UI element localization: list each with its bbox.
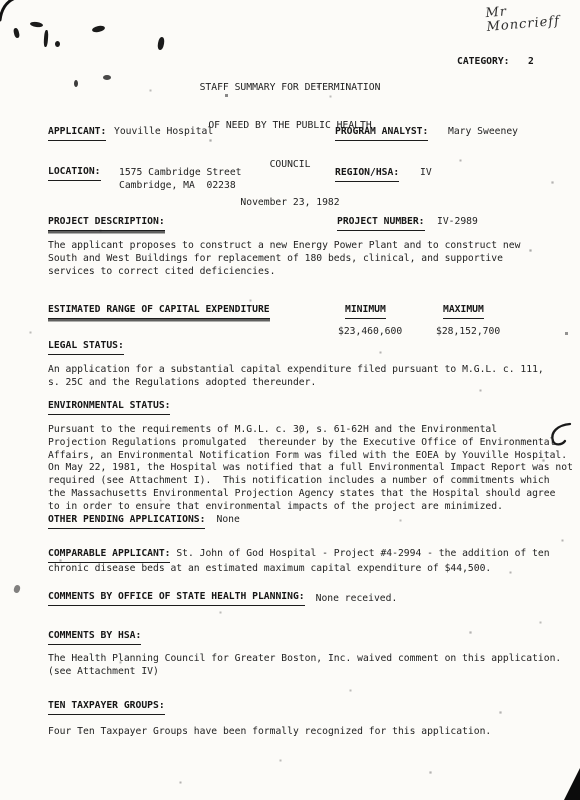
region-hsa-field: REGION/HSA: (335, 167, 399, 182)
capital-expenditure-row: ESTIMATED RANGE OF CAPITAL EXPENDITURE (48, 304, 270, 319)
other-pending-row: OTHER PENDING APPLICATIONS:None (48, 514, 240, 529)
program-analyst-label: PROGRAM ANALYST: (335, 126, 428, 141)
ink-smudge (13, 28, 20, 39)
project-description-heading: PROJECT DESCRIPTION: (48, 216, 165, 231)
ten-taxpayer-row: TEN TAXPAYER GROUPS: (48, 700, 165, 715)
ink-smudge (30, 21, 44, 28)
minimum-column: MINIMUM (345, 304, 386, 319)
applicant-value: Youville Hospital (114, 126, 213, 139)
region-hsa-value: IV (420, 167, 432, 180)
category-value: 2 (528, 56, 534, 69)
hsa-comments-heading: COMMENTS BY HSA: (48, 630, 141, 645)
maximum-column: MAXIMUM (443, 304, 484, 319)
category-label: CATEGORY: (457, 56, 510, 69)
other-pending-label: OTHER PENDING APPLICATIONS: (48, 514, 205, 529)
ten-taxpayer-body: Four Ten Taxpayer Groups have been forma… (48, 726, 579, 739)
applicant-field: APPLICANT: (48, 126, 106, 141)
program-analyst-value: Mary Sweeney (448, 126, 518, 139)
legal-status-body: An application for a substantial capital… (48, 364, 579, 390)
applicant-label: APPLICANT: (48, 126, 106, 141)
ink-smudge (92, 25, 106, 34)
ten-taxpayer-heading: TEN TAXPAYER GROUPS: (48, 700, 165, 715)
location-label: LOCATION: (48, 166, 101, 181)
maximum-value: $28,152,700 (436, 326, 500, 339)
legal-status-heading: LEGAL STATUS: (48, 340, 124, 355)
handwritten-note: Mr Moncrieff (485, 0, 580, 35)
capital-expenditure-heading: ESTIMATED RANGE OF CAPITAL EXPENDITURE (48, 304, 270, 319)
oshp-comments-label: COMMENTS BY OFFICE OF STATE HEALTH PLANN… (48, 591, 305, 606)
hsa-comments-row: COMMENTS BY HSA: (48, 630, 141, 645)
project-number-label: PROJECT NUMBER: (337, 216, 425, 231)
project-number-value: IV-2989 (437, 216, 478, 229)
ink-smudge (13, 584, 21, 593)
minimum-column-header: MINIMUM (345, 304, 386, 319)
ink-smudge (157, 37, 165, 51)
page-corner-mark (0, 0, 38, 22)
environmental-status-heading: ENVIRONMENTAL STATUS: (48, 400, 170, 415)
legal-status-row: LEGAL STATUS: (48, 340, 124, 355)
project-description-heading-row: PROJECT DESCRIPTION: (48, 216, 165, 231)
title-line: STAFF SUMMARY FOR DETERMINATION (178, 81, 402, 94)
project-number-field: PROJECT NUMBER: (337, 216, 425, 231)
hsa-comments-body: The Health Planning Council for Greater … (48, 653, 579, 679)
document-title: STAFF SUMMARY FOR DETERMINATION OF NEED … (178, 55, 402, 235)
other-pending-value: None (216, 514, 239, 525)
comparable-applicant-row: COMPARABLE APPLICANT: St. John of God Ho… (48, 548, 579, 576)
ink-smudge (74, 80, 78, 87)
project-description-body: The applicant proposes to construct a ne… (48, 240, 579, 278)
location-field: LOCATION: (48, 166, 101, 181)
program-analyst-field: PROGRAM ANALYST: (335, 126, 428, 141)
ink-smudge (103, 75, 111, 80)
page-corner-fold (564, 768, 580, 800)
location-address: 1575 Cambridge Street Cambridge, MA 0223… (119, 166, 241, 192)
maximum-column-header: MAXIMUM (443, 304, 484, 319)
environmental-status-row: ENVIRONMENTAL STATUS: (48, 400, 170, 415)
scanned-document-page: Mr Moncrieff STAFF SUMMARY FOR DETERMINA… (0, 0, 580, 800)
oshp-comments-row: COMMENTS BY OFFICE OF STATE HEALTH PLANN… (48, 591, 397, 606)
ink-smudge (55, 41, 60, 47)
comparable-applicant-label: COMPARABLE APPLICANT: (48, 548, 170, 563)
ink-smudge (43, 30, 48, 47)
region-hsa-label: REGION/HSA: (335, 167, 399, 182)
title-line: November 23, 1982 (178, 196, 402, 209)
minimum-value: $23,460,600 (338, 326, 402, 339)
oshp-comments-value: None received. (316, 593, 398, 604)
environmental-status-body: Pursuant to the requirements of M.G.L. c… (48, 424, 579, 514)
